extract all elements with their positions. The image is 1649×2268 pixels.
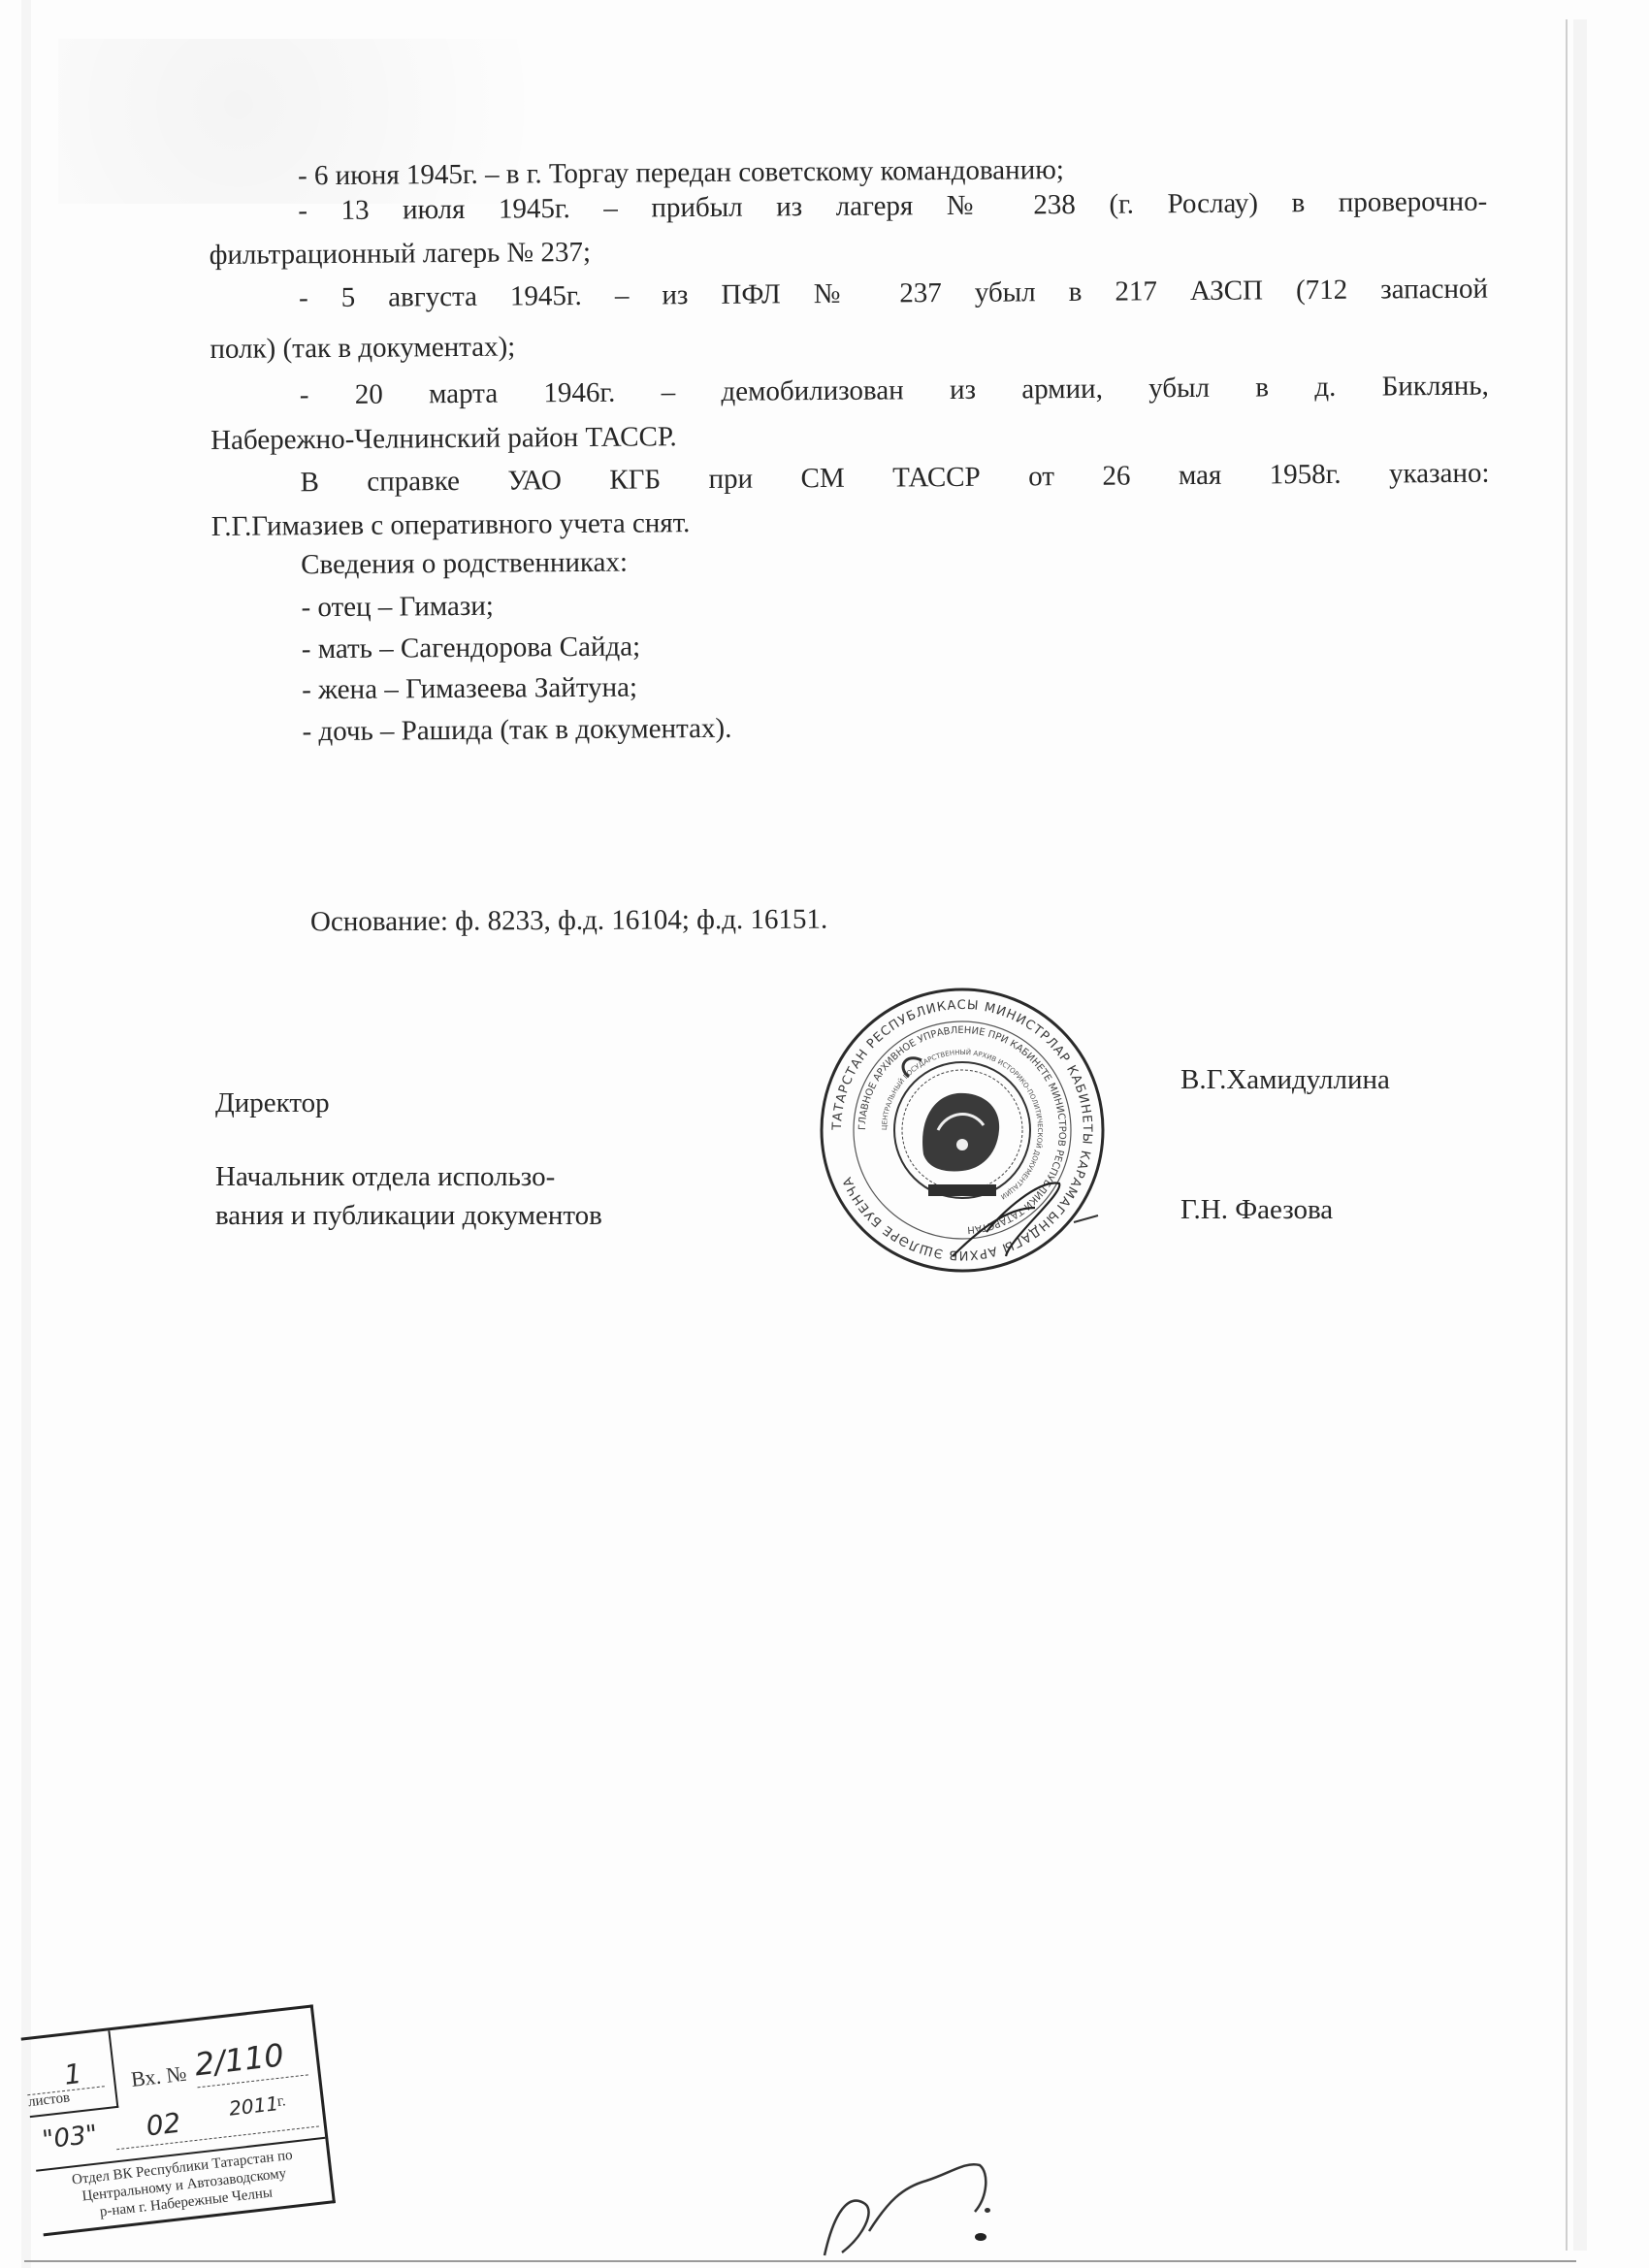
official-seal-icon: ТАТАРСТАН РЕСПУБЛИКАСЫ МИНИСТРЛАР КАБИНЕ…: [817, 985, 1108, 1276]
stamp-year: 2011: [228, 2091, 279, 2121]
relative-item: - мать – Сагендорова Сайда;: [302, 631, 641, 666]
body-line: Набережно-Челнинский район ТАССР.: [210, 420, 677, 457]
body-line: - 13 июля 1945г. – прибыл из лагеря № 23…: [298, 185, 1487, 228]
director-name: В.Г.Хамидуллина: [1180, 1063, 1390, 1096]
body-line: - 6 июня 1945г. – в г. Торгау передан со…: [298, 153, 1064, 192]
handwritten-signature-icon: [795, 2134, 1009, 2260]
document-body: - 6 июня 1945г. – в г. Торгау передан со…: [0, 0, 1649, 875]
stamp-year-suffix: г.: [276, 2092, 287, 2111]
relative-item: - жена – Гимазеева Зайтуна;: [302, 671, 637, 707]
document-page: - 6 июня 1945г. – в г. Торгау передан со…: [0, 0, 1649, 2268]
head-title-line2: вания и публикации документов: [215, 1199, 602, 1232]
sheets-value: 1: [62, 2057, 82, 2091]
page-bottom-edge: [24, 2260, 1576, 2262]
incoming-number-value: 2/110: [193, 2036, 286, 2083]
body-line: Г.Г.Гимазиев с оперативного учета снят.: [211, 506, 691, 543]
stamp-frame: 1 листов Вх. № 2/110 "03" 02 2011 г. Отд…: [21, 2004, 336, 2236]
ink-dot: [985, 2208, 990, 2213]
body-line: - 5 августа 1945г. – из ПФЛ № 237 убыл в…: [299, 273, 1488, 315]
stamp-month: 02: [145, 2107, 182, 2143]
head-name: Г.Н. Фаезова: [1180, 1193, 1333, 1226]
relative-item: - дочь – Рашида (так в документах).: [302, 712, 731, 748]
head-title-line1: Начальник отдела использо-: [215, 1160, 555, 1193]
stamp-day: "03": [41, 2120, 99, 2155]
body-line: полк) (так в документах);: [210, 331, 515, 366]
director-title: Директор: [215, 1086, 330, 1119]
body-line: В справке УАО КГБ при СМ ТАССР от 26 мая…: [300, 457, 1489, 500]
body-line: фильтрационный лагерь № 237;: [210, 236, 592, 272]
sheets-label: листов: [27, 2090, 71, 2111]
incoming-number-label: Вх. №: [130, 2061, 188, 2092]
incoming-registration-stamp: 1 листов Вх. № 2/110 "03" 02 2011 г. Отд…: [21, 2004, 346, 2268]
relative-item: - отец – Гимази;: [301, 590, 494, 625]
ink-blot: [975, 2233, 986, 2241]
relatives-heading: Сведения о родственниках:: [301, 546, 628, 582]
basis-reference: Основание: ф. 8233, ф.д. 16104; ф.д. 161…: [310, 903, 827, 939]
stamp-sheets-cell: 1 листов: [21, 2030, 118, 2118]
body-line: - 20 марта 1946г. – демобилизован из арм…: [300, 370, 1489, 412]
